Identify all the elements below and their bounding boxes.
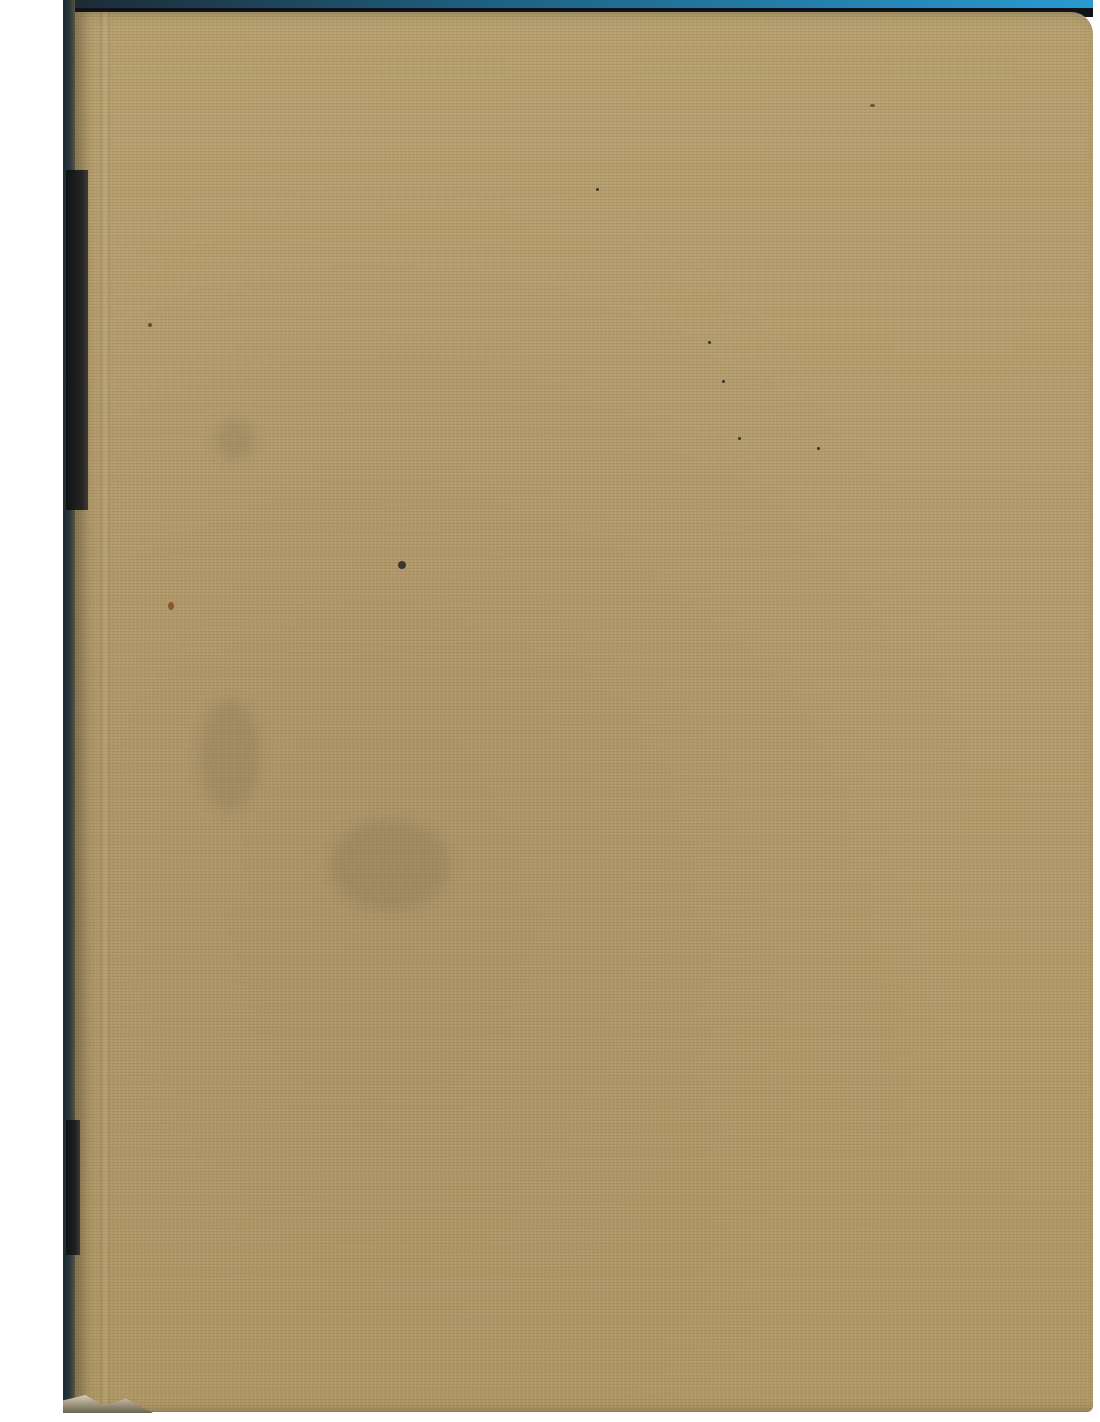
- stain: [200, 700, 260, 810]
- speck: [817, 447, 820, 450]
- speck: [722, 380, 725, 383]
- speck: [708, 341, 711, 344]
- top-edge-band: [63, 0, 1093, 8]
- stain: [215, 420, 255, 460]
- speck: [596, 188, 599, 191]
- spine-dark-patch-bottom: [66, 1120, 80, 1255]
- spine-dark-patch-top: [66, 170, 88, 510]
- cover-hinge: [100, 12, 110, 1412]
- speck: [168, 602, 174, 610]
- speck: [398, 561, 406, 569]
- speck: [738, 437, 741, 440]
- book-photo: [0, 0, 1100, 1422]
- speck: [148, 323, 152, 327]
- stain: [330, 820, 450, 910]
- speck: [870, 104, 875, 107]
